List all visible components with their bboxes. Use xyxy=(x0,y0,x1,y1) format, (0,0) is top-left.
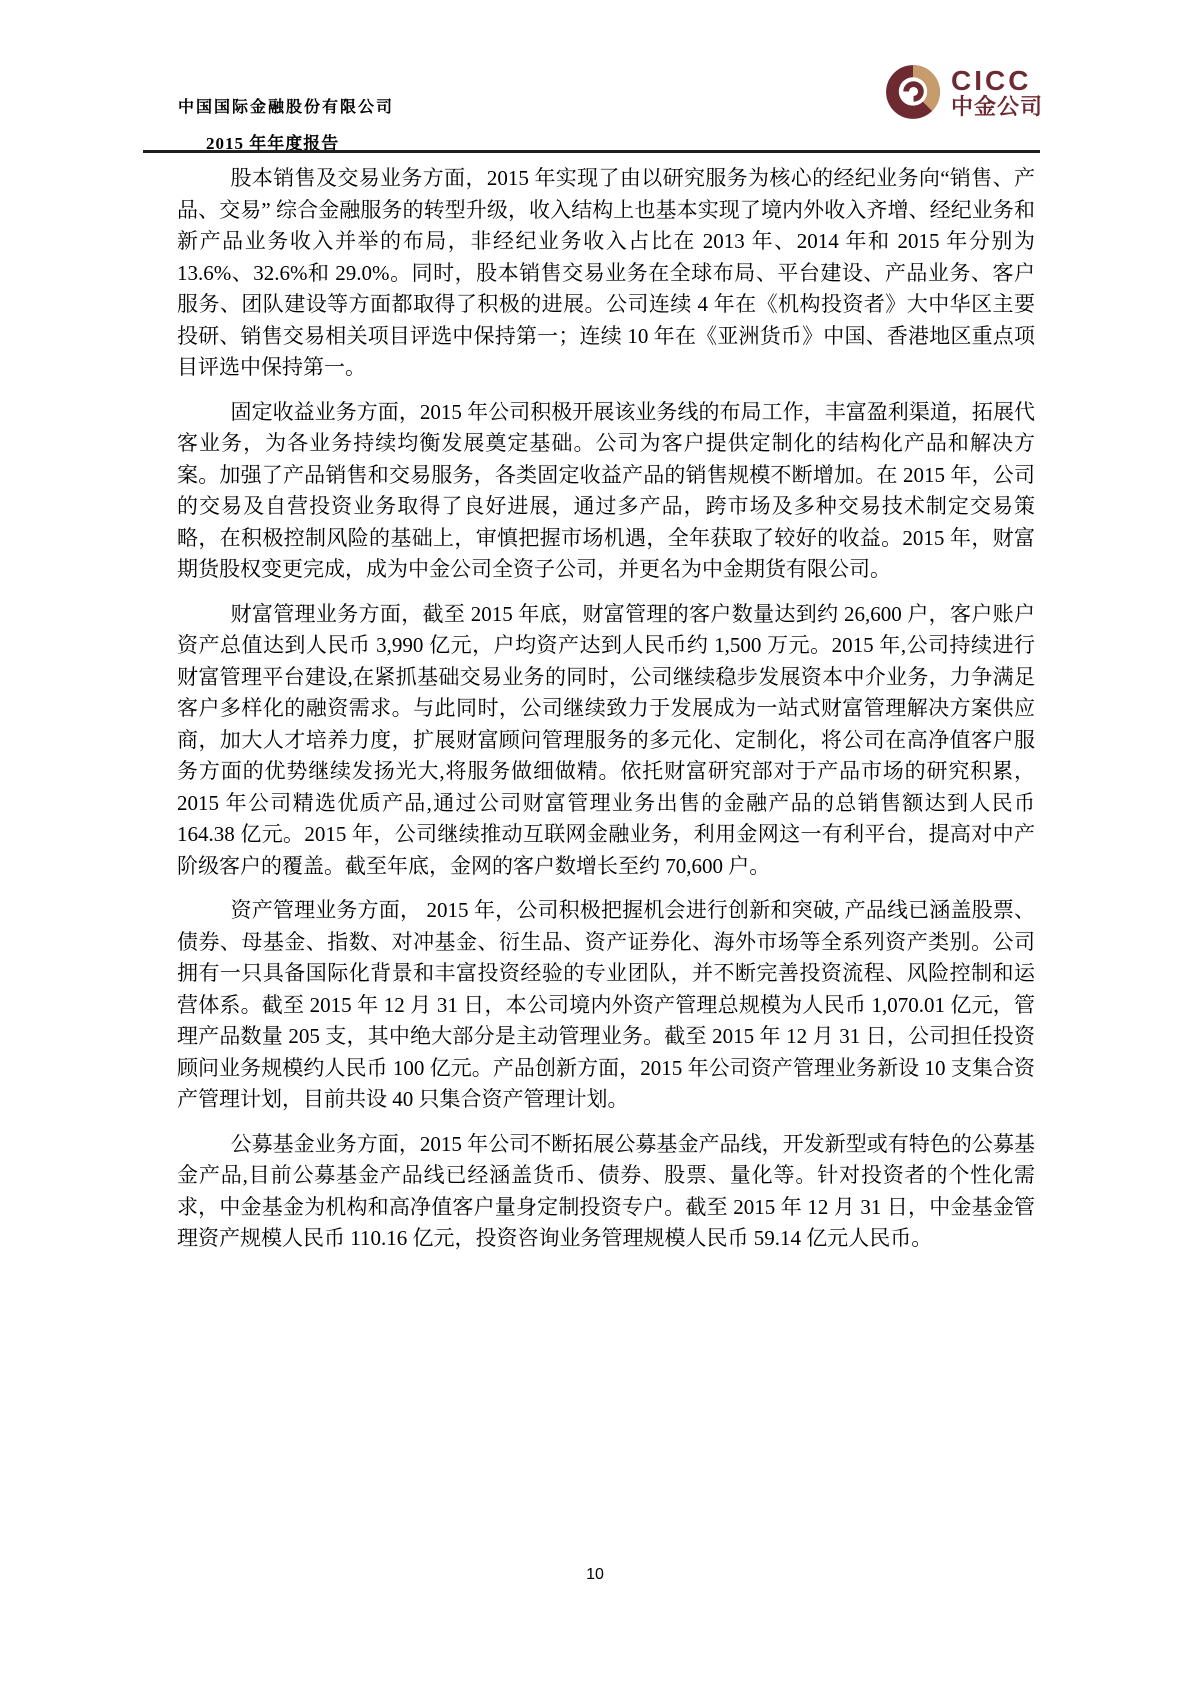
document-body: 股本销售及交易业务方面，2015 年实现了由以研究服务为核心的经纪业务向“销售、… xyxy=(177,163,1035,1255)
header-rule xyxy=(143,150,1040,153)
paragraph-wealth-management: 财富管理业务方面，截至 2015 年底，财富管理的客户数量达到约 26,600 … xyxy=(177,599,1035,883)
logo-acronym: CICC xyxy=(951,66,1043,95)
paragraph-mutual-fund: 公募基金业务方面，2015 年公司不断拓展公募基金产品线，开发新型或有特色的公募… xyxy=(177,1129,1035,1255)
logo-company-name: 中金公司 xyxy=(951,95,1043,118)
report-page: 中国国际金融股份有限公司 2015 年年度报告 CICC 中金公司 股本销售及交… xyxy=(0,0,1190,1684)
cicc-logo: CICC 中金公司 xyxy=(885,64,1043,120)
paragraph-fixed-income: 固定收益业务方面，2015 年公司积极开展该业务线的布局工作，丰富盈利渠道，拓展… xyxy=(177,397,1035,586)
company-name: 中国国际金融股份有限公司 xyxy=(178,94,394,117)
cicc-logo-text: CICC 中金公司 xyxy=(951,66,1043,118)
page-number: 10 xyxy=(0,1566,1190,1584)
paragraph-asset-management: 资产管理业务方面， 2015 年，公司积极把握机会进行创新和突破, 产品线已涵盖… xyxy=(177,895,1035,1116)
paragraph-equity-sales-trading: 股本销售及交易业务方面，2015 年实现了由以研究服务为核心的经纪业务向“销售、… xyxy=(177,163,1035,384)
cicc-logo-mark-icon xyxy=(885,64,941,120)
